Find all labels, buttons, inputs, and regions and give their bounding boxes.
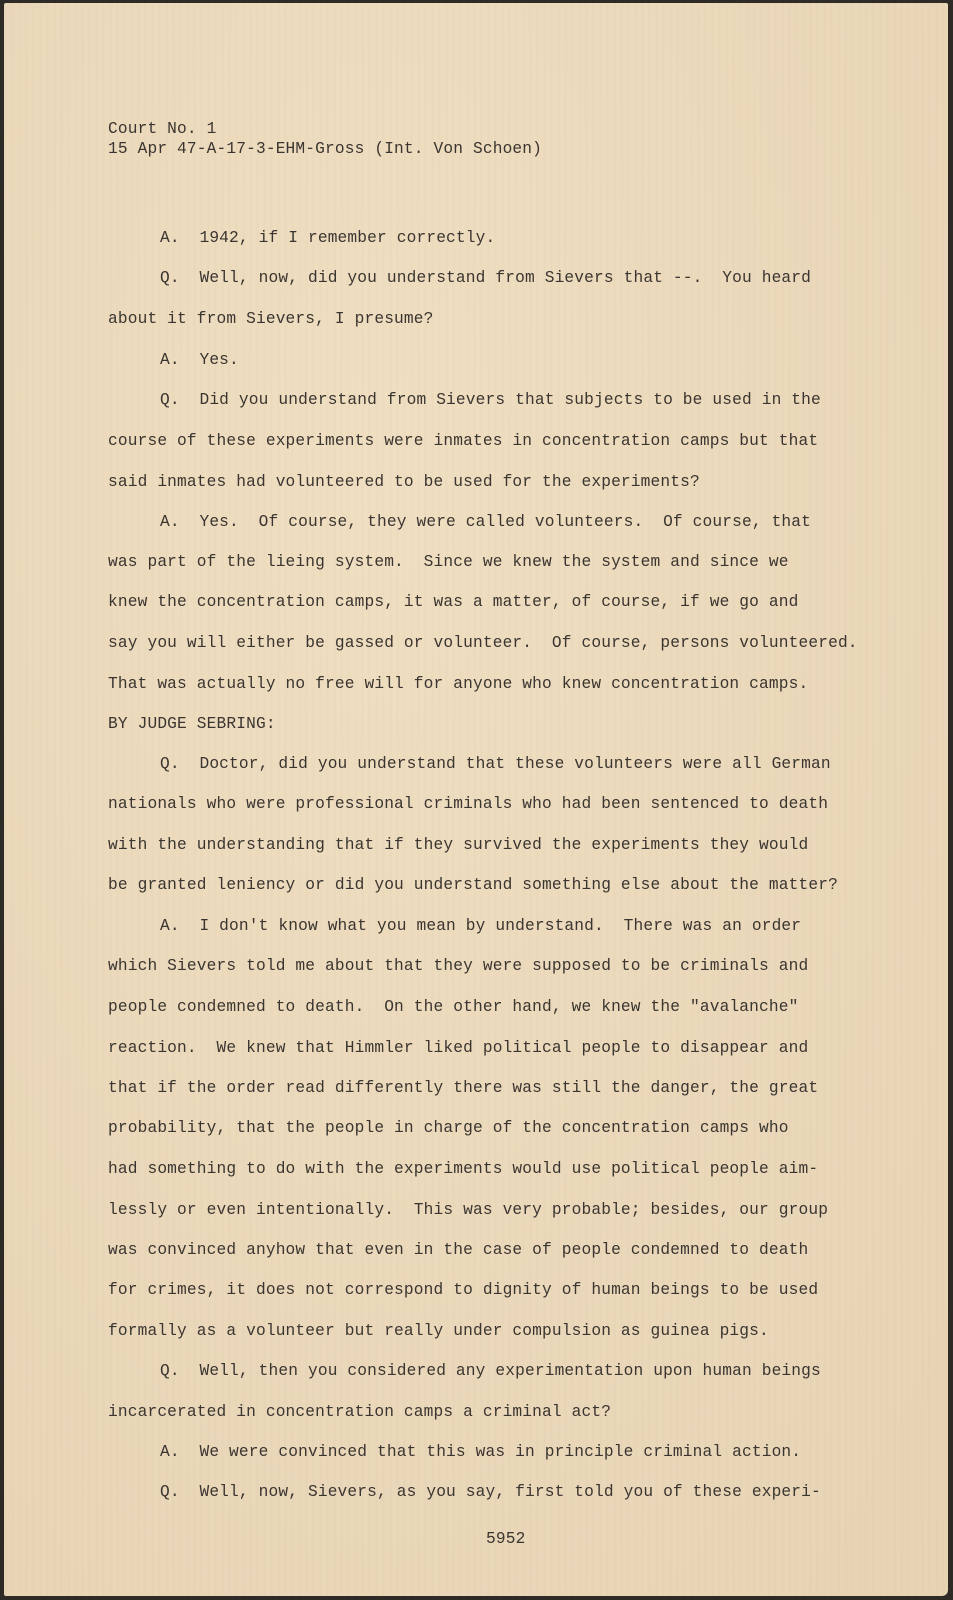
transcript-line: A. I don't know what you mean by underst…	[160, 918, 801, 934]
transcript-line: probability, that the people in charge o…	[108, 1120, 789, 1136]
transcript-line: which Sievers told me about that they we…	[108, 958, 808, 974]
transcript-line: people condemned to death. On the other …	[108, 999, 799, 1015]
transcript-line: nationals who were professional criminal…	[108, 796, 828, 812]
transcript-line: Q. Well, then you considered any experim…	[160, 1363, 821, 1379]
page-number: 5952	[486, 1531, 525, 1547]
transcript-line: That was actually no free will for anyon…	[108, 676, 808, 692]
transcript-line: for crimes, it does not correspond to di…	[108, 1282, 818, 1298]
transcript-line: knew the concentration camps, it was a m…	[108, 594, 799, 610]
transcript-line: reaction. We knew that Himmler liked pol…	[108, 1040, 808, 1056]
transcript-line: course of these experiments were inmates…	[108, 433, 818, 449]
transcript-line: A. We were convinced that this was in pr…	[160, 1444, 801, 1460]
transcript-line: with the understanding that if they surv…	[108, 837, 808, 853]
transcript-line: BY JUDGE SEBRING:	[108, 716, 276, 732]
transcript-line: A. 1942, if I remember correctly.	[160, 230, 495, 246]
transcript-line: had something to do with the experiments…	[108, 1161, 818, 1177]
transcript-line: Q. Doctor, did you understand that these…	[160, 756, 831, 772]
document-page: Court No. 1 15 Apr 47-A-17-3-EHM-Gross (…	[4, 3, 948, 1596]
transcript-line: incarcerated in concentration camps a cr…	[108, 1404, 611, 1420]
transcript-line: say you will either be gassed or volunte…	[108, 635, 858, 651]
transcript-line: A. Yes. Of course, they were called volu…	[160, 514, 811, 530]
transcript-line: said inmates had volunteered to be used …	[108, 474, 700, 490]
transcript-line: lessly or even intentionally. This was v…	[108, 1202, 828, 1218]
transcript-line: A. Yes.	[160, 352, 239, 368]
court-label: Court No. 1	[108, 121, 217, 137]
transcript-line: Q. Well, now, Sievers, as you say, first…	[160, 1484, 821, 1500]
transcript-line: about it from Sievers, I presume?	[108, 311, 434, 327]
transcript-line: formally as a volunteer but really under…	[108, 1323, 769, 1339]
transcript-line: was convinced anyhow that even in the ca…	[108, 1242, 808, 1258]
transcript-line: was part of the lieing system. Since we …	[108, 554, 789, 570]
transcript-line: Q. Did you understand from Sievers that …	[160, 392, 821, 408]
transcript-line: be granted leniency or did you understan…	[108, 877, 838, 893]
transcript-line: that if the order read differently there…	[108, 1080, 818, 1096]
transcript-line: Q. Well, now, did you understand from Si…	[160, 270, 811, 286]
document-reference: 15 Apr 47-A-17-3-EHM-Gross (Int. Von Sch…	[108, 141, 542, 157]
